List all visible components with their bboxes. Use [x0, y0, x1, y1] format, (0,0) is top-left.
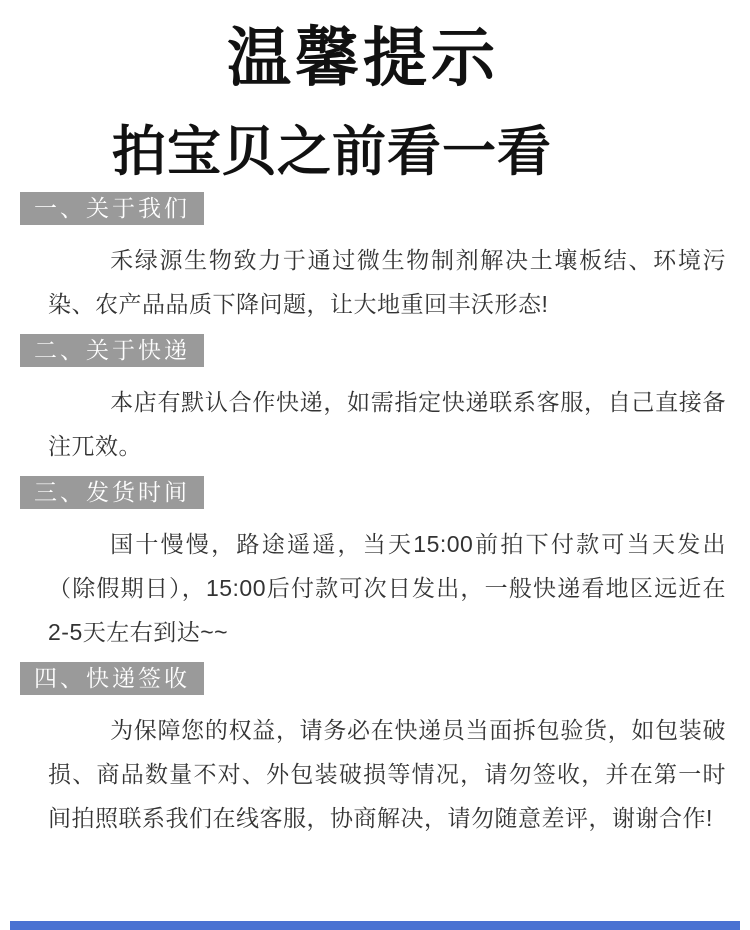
section-shipping-time: 三、发货时间 国十慢慢，路途遥遥，当天15:00前拍下付款可当天发出（除假期日）… — [0, 468, 750, 654]
section-express: 二、关于快递 本店有默认合作快递，如需指定快递联系客服，自己直接备注兀效。 — [0, 326, 750, 468]
page-subtitle: 拍宝贝之前看一看 — [112, 120, 750, 184]
section-heading-shipping-time: 三、发货时间 — [20, 476, 204, 509]
section-heading-sign-off: 四、快递签收 — [20, 662, 204, 695]
section-heading-about-us: 一、关于我们 — [20, 192, 204, 225]
section-about-us: 一、关于我们 禾绿源生物致力于通过微生物制剂解决土壤板结、环境污染、农产品品质下… — [0, 184, 750, 326]
section-body-shipping-time: 国十慢慢，路途遥遥，当天15:00前拍下付款可当天发出（除假期日），15:00后… — [48, 522, 726, 654]
page-title: 温馨提示 — [0, 0, 750, 94]
section-body-sign-off: 为保障您的权益，请务必在快递员当面拆包验货，如包装破损、商品数量不对、外包装破损… — [48, 708, 726, 840]
section-body-about-us: 禾绿源生物致力于通过微生物制剂解决土壤板结、环境污染、农产品品质下降问题，让大地… — [48, 238, 726, 326]
section-heading-express: 二、关于快递 — [20, 334, 204, 367]
section-sign-off: 四、快递签收 为保障您的权益，请务必在快递员当面拆包验货，如包装破损、商品数量不… — [0, 654, 750, 840]
section-body-express: 本店有默认合作快递，如需指定快递联系客服，自己直接备注兀效。 — [48, 380, 726, 468]
footer-accent-bar — [10, 921, 740, 930]
